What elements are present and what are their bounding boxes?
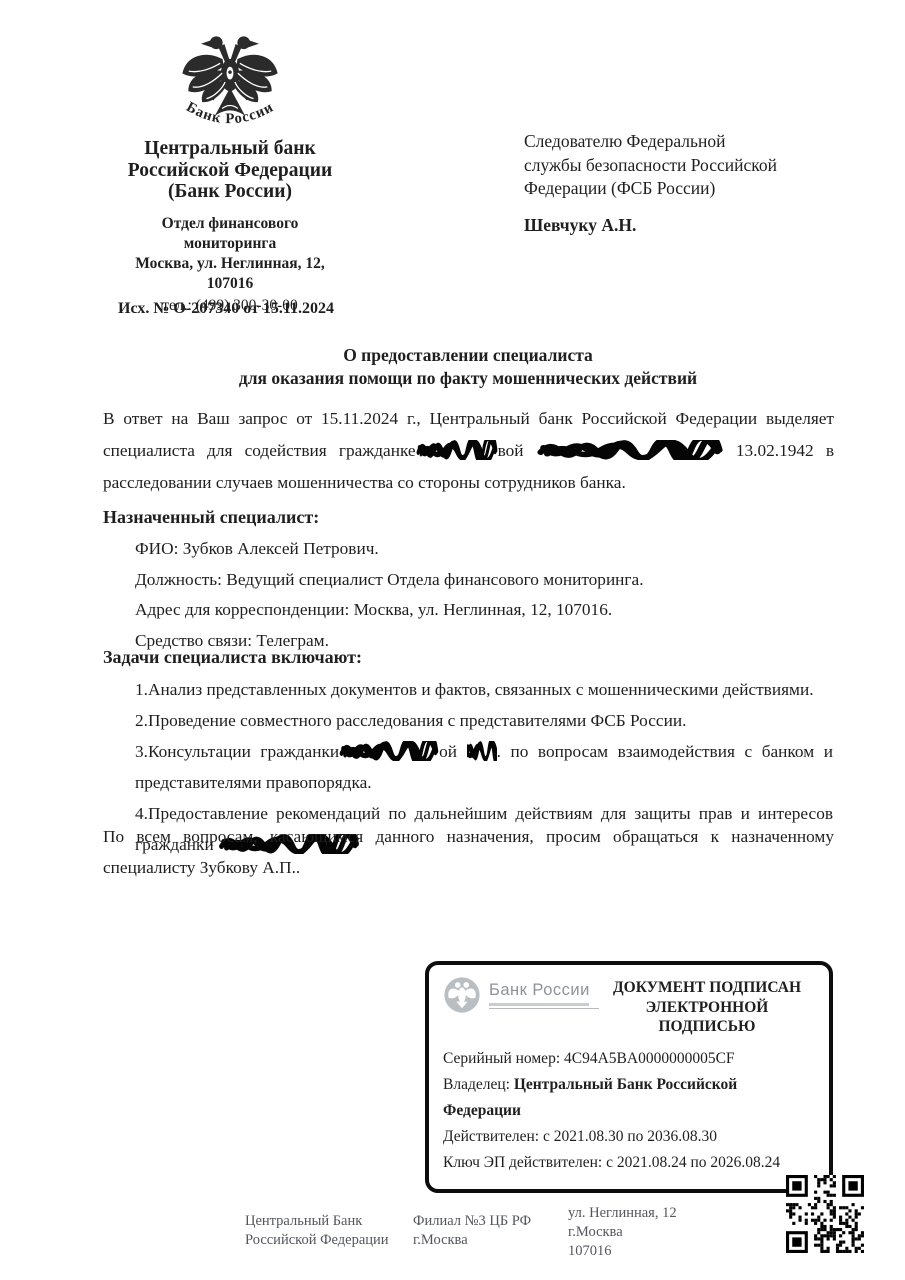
ink-scribble-redaction — [416, 440, 498, 460]
task-item-1: 1.Анализ представленных документов и фак… — [135, 674, 833, 705]
task-item-3: 3.Консультации гражданкиой . по вопросам… — [135, 736, 833, 798]
org-name: Центральный банк Российской Федерации (Б… — [118, 138, 342, 203]
tasks-heading: Задачи специалиста включают: — [103, 647, 362, 668]
ink-scribble-redaction — [536, 440, 724, 460]
stamp-title: ДОКУМЕНТ ПОДПИСАН ЭЛЕКТРОННОЙ ПОДПИСЬЮ — [599, 976, 815, 1037]
stamp-validity: Действителен: с 2021.08.30 по 2036.08.30 — [443, 1124, 815, 1150]
addressee-line: Следователю Федеральной — [524, 130, 844, 154]
stamp-logo: Банк России — [443, 976, 599, 1014]
closing-paragraph: По всем вопросам, касающимся данного наз… — [103, 821, 834, 883]
intro-text: вой — [498, 441, 524, 460]
bank-of-russia-roundel-icon — [443, 976, 481, 1014]
stamp-key-validity: Ключ ЭП действителен: с 2021.08.24 по 20… — [443, 1150, 815, 1176]
specialist-detail-line: Должность: Ведущий специалист Отдела фин… — [135, 565, 835, 596]
divider — [489, 1008, 599, 1009]
task-item-2: 2.Проведение совместного расследования с… — [135, 705, 833, 736]
intro-paragraph: В ответ на Ваш запрос от 15.11.2024 г., … — [103, 403, 834, 499]
outgoing-ref-number: Исх. № О-207340 от 15.11.2024 — [118, 300, 334, 318]
department-name: Отдел финансового мониторинга — [118, 214, 342, 254]
addressee-line: службы безопасности Российской — [524, 154, 844, 178]
addressee-line: Федерации (ФСБ России) — [524, 177, 844, 201]
addressee-name: Шевчуку А.Н. — [524, 214, 844, 238]
ink-scribble-redaction — [339, 741, 439, 761]
qr-code-icon — [786, 1175, 864, 1253]
org-address: Москва, ул. Неглинная, 12, 107016 — [118, 254, 342, 294]
specialist-detail-line: Адрес для корреспонденции: Москва, ул. Н… — [135, 595, 835, 626]
addressee-block: Следователю Федеральной службы безопасно… — [524, 130, 844, 237]
letter-document: Банк России Центральный банк Российской … — [0, 0, 905, 1280]
specialist-detail-line: ФИО: Зубков Алексей Петрович. — [135, 534, 835, 565]
stamp-owner: Владелец: Центральный Банк Российской Фе… — [443, 1072, 815, 1124]
footer-branch: Филиал №3 ЦБ РФ г.Москва — [413, 1212, 531, 1250]
specialist-details: ФИО: Зубков Алексей Петрович. Должность:… — [135, 534, 835, 656]
letterhead: Банк России Центральный банк Российской … — [118, 28, 342, 316]
footer-org-name: Центральный Банк Российской Федерации — [245, 1212, 389, 1250]
stamp-logo-caption: Банк России — [489, 981, 599, 1000]
stamp-logo-subcaption — [489, 1003, 589, 1006]
ink-scribble-redaction — [467, 741, 497, 761]
subject-title: О предоставлении специалиста для оказани… — [103, 344, 833, 390]
footer-address: ул. Неглинная, 12 г.Москва 107016 — [568, 1204, 677, 1261]
bank-of-russia-double-eagle-icon: Банк России — [171, 28, 289, 132]
electronic-signature-stamp: Банк России ДОКУМЕНТ ПОДПИСАН ЭЛЕКТРОННО… — [425, 961, 833, 1193]
specialist-heading: Назначенный специалист: — [103, 507, 319, 528]
stamp-serial: Серийный номер: 4C94A5BA0000000005CF — [443, 1046, 815, 1072]
